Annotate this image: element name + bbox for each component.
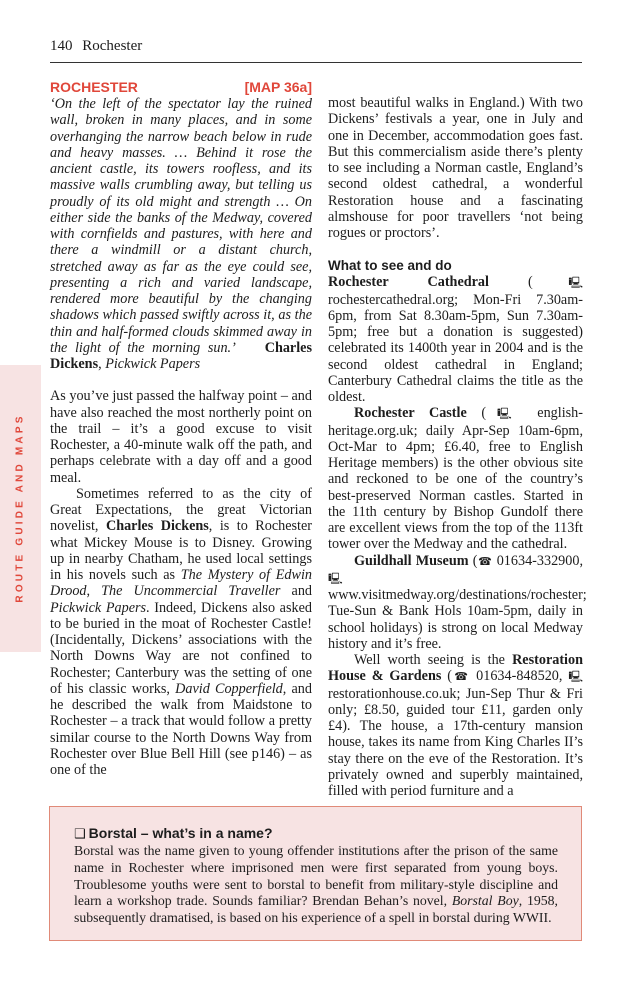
intro-continuation: most beautiful walks in England.) With t… (328, 95, 583, 241)
section-title: ROCHESTER (50, 79, 138, 96)
book-title: Borstal Boy (452, 893, 519, 908)
computer-icon: 🖳 (486, 407, 523, 420)
text-run: and (280, 583, 312, 599)
text-run: www.visitmedway.org/destinations/rochest… (328, 587, 587, 652)
intro-paragraph-1: As you’ve just passed the halfway point … (50, 388, 312, 486)
listing-castle: Rochester Castle (🖳 english-heritage.org… (328, 405, 583, 552)
quote-work: Pickwick Papers (105, 356, 200, 372)
text-run: Well worth seeing is the (354, 652, 512, 668)
epigraph-quote: ‘On the left of the spectator lay the ru… (50, 96, 312, 372)
what-to-see-heading: What to see and do (328, 257, 583, 274)
running-head: 140 Rochester (50, 36, 142, 56)
page-number: 140 (50, 38, 73, 54)
side-tab-label: ROUTE GUIDE AND MAPS (15, 413, 26, 602)
running-head-section: Rochester (82, 38, 142, 54)
text-run: 01634-332900, (493, 553, 584, 569)
text-run: 01634-848520, (470, 668, 568, 684)
book-title: Pickwick Papers (50, 600, 146, 616)
attraction-name: Rochester Castle (354, 405, 467, 421)
text-run: english-heritage.org.uk; daily Apr-Sep 1… (328, 405, 583, 552)
text-run: rochestercathedral.org; Mon-Fri 7.30am-6… (328, 292, 583, 406)
text-run: restorationhouse.co.uk; Jun-Sep Thur & F… (328, 686, 583, 800)
spacer (50, 372, 312, 388)
listing-cathedral: Rochester Cathedral (🖳 rochestercathedra… (328, 274, 583, 405)
book-title: David Copperfield (175, 681, 283, 697)
listing-guildhall: Guildhall Museum (☎ 01634-332900, 🖳 www.… (328, 553, 583, 653)
computer-icon: 🖳 (568, 670, 583, 683)
borstal-info-box: ❑Borstal – what’s in a name? Borstal was… (49, 806, 582, 941)
left-column: ROCHESTER [MAP 36a] ‘On the left of the … (50, 79, 312, 778)
intro-paragraph-2: Sometimes referred to as the city of Gre… (50, 486, 312, 779)
phone-icon: ☎ (452, 670, 470, 683)
text-run: ( (467, 405, 486, 421)
section-heading: ROCHESTER [MAP 36a] (50, 79, 312, 96)
quote-text: ‘On the left of the spectator lay the ru… (50, 96, 312, 356)
text-run: ( (441, 668, 452, 684)
book-title: The Uncommercial Traveller (101, 583, 280, 599)
text-run: ( (469, 553, 478, 569)
map-reference: [MAP 36a] (245, 79, 312, 96)
header-rule (50, 62, 582, 63)
computer-icon: 🖳 (328, 572, 343, 585)
box-title: ❑Borstal – what’s in a name? (74, 824, 273, 844)
text-run: , (87, 583, 102, 599)
text-run: ( (489, 274, 533, 290)
right-column-content: most beautiful walks in England.) With t… (328, 95, 583, 799)
author-name: Charles Dickens (106, 518, 209, 534)
phone-icon: ☎ (478, 555, 493, 568)
attraction-name: Rochester Cathedral (328, 274, 489, 290)
attraction-name: Guildhall Museum (354, 553, 469, 569)
box-body: Borstal was the name given to young offe… (74, 843, 558, 927)
box-title-text: Borstal – what’s in a name? (89, 825, 273, 841)
checkbox-icon: ❑ (74, 827, 86, 842)
computer-icon: 🖳 (533, 276, 583, 289)
listing-restoration-house: Well worth seeing is the Restoration Hou… (328, 652, 583, 799)
